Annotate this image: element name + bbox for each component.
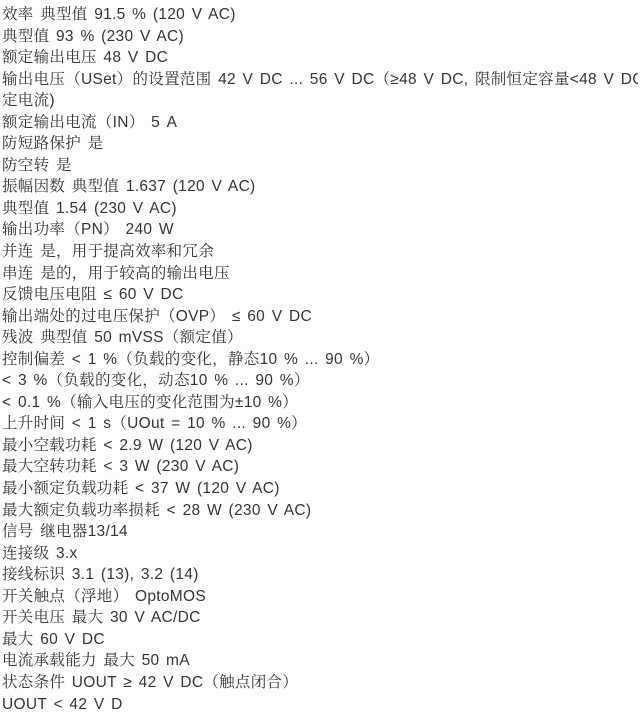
spec-line: 防空转 是 bbox=[2, 155, 638, 177]
spec-line: UOUT < 42 V D bbox=[2, 694, 638, 715]
spec-line: 最小额定负载功耗 < 37 W (120 V AC) bbox=[2, 478, 638, 500]
spec-line: 典型值 1.54 (230 V AC) bbox=[2, 198, 638, 220]
spec-line: 信号 继电器13/14 bbox=[2, 521, 638, 543]
spec-line: 连接级 3.x bbox=[2, 543, 638, 565]
spec-line: 最小空载功耗 < 2.9 W (120 V AC) bbox=[2, 435, 638, 457]
spec-line: 残波 典型值 50 mVSS（额定值） bbox=[2, 327, 638, 349]
spec-line: 额定输出电压 48 V DC bbox=[2, 47, 638, 69]
spec-line: 振幅因数 典型值 1.637 (120 V AC) bbox=[2, 176, 638, 198]
spec-line: 开关电压 最大 30 V AC/DC bbox=[2, 607, 638, 629]
spec-line: 并连 是，用于提高效率和冗余 bbox=[2, 241, 638, 263]
spec-document-page: 效率 典型值 91.5 % (120 V AC)典型值 93 % (230 V … bbox=[0, 0, 640, 715]
spec-line: 状态条件 UOUT ≥ 42 V DC（触点闭合） bbox=[2, 672, 638, 694]
spec-line: 定电流) bbox=[2, 90, 638, 112]
spec-line: 典型值 93 % (230 V AC) bbox=[2, 26, 638, 48]
spec-line: 最大空转功耗 < 3 W (230 V AC) bbox=[2, 456, 638, 478]
spec-line: 防短路保护 是 bbox=[2, 133, 638, 155]
spec-line: 输出电压（USet）的设置范围 42 V DC ... 56 V DC（≥48 … bbox=[2, 69, 638, 91]
spec-line: 控制偏差 < 1 %（负载的变化，静态10 % ... 90 %） bbox=[2, 349, 638, 371]
spec-line: 开关触点（浮地） OptoMOS bbox=[2, 586, 638, 608]
spec-line: 电流承载能力 最大 50 mA bbox=[2, 650, 638, 672]
spec-line: 接线标识 3.1 (13), 3.2 (14) bbox=[2, 564, 638, 586]
spec-line: < 3 %（负载的变化，动态10 % ... 90 %） bbox=[2, 370, 638, 392]
spec-line: 最大额定负载功率损耗 < 28 W (230 V AC) bbox=[2, 500, 638, 522]
spec-list: 效率 典型值 91.5 % (120 V AC)典型值 93 % (230 V … bbox=[0, 0, 640, 715]
spec-line: 最大 60 V DC bbox=[2, 629, 638, 651]
spec-line: 输出端处的过电压保护（OVP） ≤ 60 V DC bbox=[2, 306, 638, 328]
spec-line: 额定输出电流（IN） 5 A bbox=[2, 112, 638, 134]
spec-line: 输出功率（PN） 240 W bbox=[2, 219, 638, 241]
spec-line: 反馈电压电阻 ≤ 60 V DC bbox=[2, 284, 638, 306]
spec-line: 串连 是的，用于较高的输出电压 bbox=[2, 263, 638, 285]
spec-line: 效率 典型值 91.5 % (120 V AC) bbox=[2, 4, 638, 26]
spec-line: < 0.1 %（输入电压的变化范围为±10 %） bbox=[2, 392, 638, 414]
spec-line: 上升时间 < 1 s（UOut = 10 % ... 90 %） bbox=[2, 413, 638, 435]
